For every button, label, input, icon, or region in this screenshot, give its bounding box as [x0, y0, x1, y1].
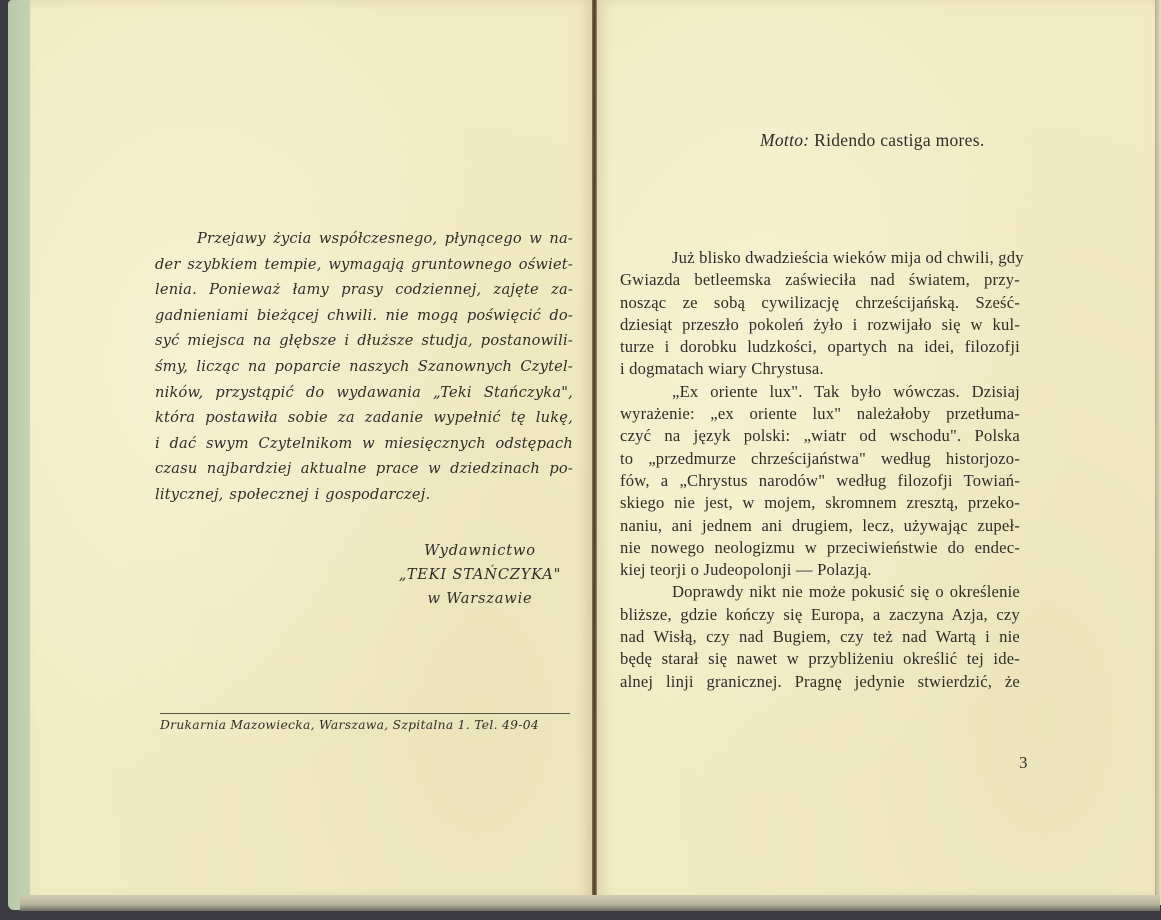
paragraph-line: bliższe, gdzie kończy się Europa, a zacz…: [620, 604, 1020, 626]
foreword-line: śmy, licząc na poparcie naszych Szanowny…: [155, 354, 573, 380]
paragraph-line: czyć na język polski: „wiatr od wschodu"…: [620, 425, 1020, 447]
motto-label: Motto:: [760, 130, 809, 150]
paragraph-line: dziesiąt przeszło pokoleń żyło i rozwija…: [620, 314, 1020, 336]
paragraph-line: nad Wisłą, czy nad Bugiem, czy też nad W…: [620, 626, 1020, 648]
foreword-line: czasu najbardziej aktualne prace w dzied…: [155, 456, 573, 482]
paragraph-line: to „przedmurze chrześcijaństwa" według h…: [620, 448, 1020, 470]
foreword-line: der szybkiem tempie, wymagają gruntowneg…: [155, 252, 573, 278]
printer-imprint: Drukarnia Mazowiecka, Warszawa, Szpitaln…: [160, 718, 580, 732]
imprint-divider: [160, 713, 570, 714]
signature-line: w Warszawie: [380, 587, 580, 611]
paragraph-line: i dogmatach wiary Chrystusa.: [620, 358, 1020, 380]
paragraph-line: Już blisko dwadzieścia wieków mija od ch…: [620, 247, 1020, 269]
motto: Motto: Ridendo castiga mores.: [760, 130, 985, 151]
paragraph-line: kiej teorji o Judeopolonji — Polazją.: [620, 559, 1020, 581]
paragraph-line: wyrażenie: „ex oriente lux" należałoby p…: [620, 403, 1020, 425]
foreword-line: gadnieniami bieżącej chwili. nie mogą po…: [155, 303, 573, 329]
foreword-line: i dać swym Czytelnikom w miesięcznych od…: [155, 431, 573, 457]
book-bottom-edge: [20, 895, 1160, 911]
paragraph-line: naniu, ani jednem ani drugiem, lecz, uży…: [620, 515, 1020, 537]
page-number: 3: [1019, 753, 1028, 773]
foreword-line: Przejawy życia współczesnego, płynącego …: [155, 226, 573, 252]
book-scan: Przejawy życia współczesnego, płynącego …: [0, 0, 1161, 920]
paragraph-line: alnej linji granicznej. Pragnę jedynie s…: [620, 671, 1020, 693]
publisher-signature: Wydawnictwo „TEKI STAŃCZYKA" w Warszawie: [380, 539, 580, 611]
foreword-line: lenia. Ponieważ łamy prasy codziennej, z…: [155, 277, 573, 303]
paragraph-line: turze i dorobku ludzkości, opartych na i…: [620, 336, 1020, 358]
foreword-line: która postawiła sobie za zadanie wypełni…: [155, 405, 573, 431]
signature-line: Wydawnictwo: [380, 539, 580, 563]
paragraph-line: nie nowego neologizmu w przeciwieństwie …: [620, 537, 1020, 559]
motto-text: Ridendo castiga mores.: [814, 130, 984, 150]
page-edge: [1155, 0, 1161, 905]
paragraph-line: skiego nie jest, w mojem, skromnem zresz…: [620, 492, 1020, 514]
publisher-foreword: Przejawy życia współczesnego, płynącego …: [155, 226, 573, 508]
foreword-line: syć miejsca na głębsze i dłuższe studja,…: [155, 328, 573, 354]
paragraph-line: Doprawdy nikt nie może pokusić się o okr…: [620, 581, 1020, 603]
paragraph-line: Gwiazda betleemska zaświeciła nad świate…: [620, 269, 1020, 291]
foreword-line: ników, przystąpić do wydawania „Teki Sta…: [155, 380, 573, 406]
paragraph-line: nosząc ze sobą cywilizację chrześcijańsk…: [620, 292, 1020, 314]
signature-line: „TEKI STAŃCZYKA": [380, 563, 580, 587]
paragraph-line: będę starał się nawet w przybliżeniu okr…: [620, 648, 1020, 670]
paragraph-line: „Ex oriente lux". Tak było wówczas. Dzis…: [620, 381, 1020, 403]
paragraph-line: fów, a „Chrystus narodów" według filozof…: [620, 470, 1020, 492]
book-spine: [592, 0, 597, 905]
body-text: Już blisko dwadzieścia wieków mija od ch…: [620, 247, 1020, 693]
foreword-line: litycznej, społecznej i gospodarczej.: [155, 482, 573, 508]
